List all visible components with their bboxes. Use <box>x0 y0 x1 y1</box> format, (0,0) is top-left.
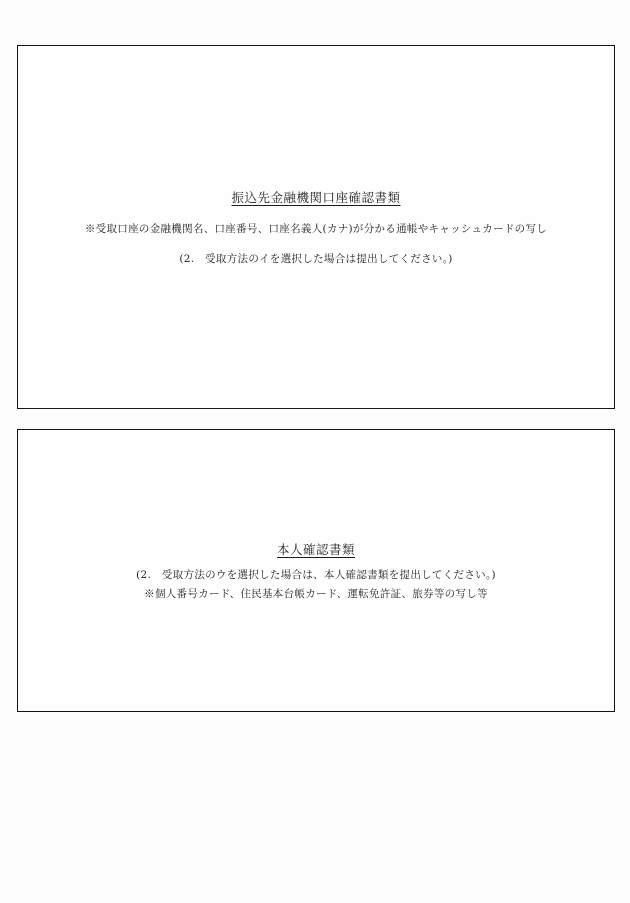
transfer-account-document-condition: (2. 受取方法のイを選択した場合は提出してください。) <box>179 252 452 266</box>
identity-document-box: 本人確認書類 (2. 受取方法のウを選択した場合は、本人確認書類を提出してくださ… <box>17 429 615 712</box>
identity-document-note: ※個人番号カード、住民基本台帳カード、運転免許証、旅券等の写し等 <box>144 587 488 601</box>
identity-document-title: 本人確認書類 <box>277 540 355 558</box>
transfer-account-document-note: ※受取口座の金融機関名、口座番号、口座名義人(カナ)が分かる通帳やキャッシュカー… <box>85 222 547 236</box>
transfer-account-document-box: 振込先金融機関口座確認書類 ※受取口座の金融機関名、口座番号、口座名義人(カナ)… <box>17 45 615 409</box>
transfer-account-document-title: 振込先金融機関口座確認書類 <box>231 188 400 206</box>
identity-document-condition: (2. 受取方法のウを選択した場合は、本人確認書類を提出してください。) <box>136 568 496 582</box>
